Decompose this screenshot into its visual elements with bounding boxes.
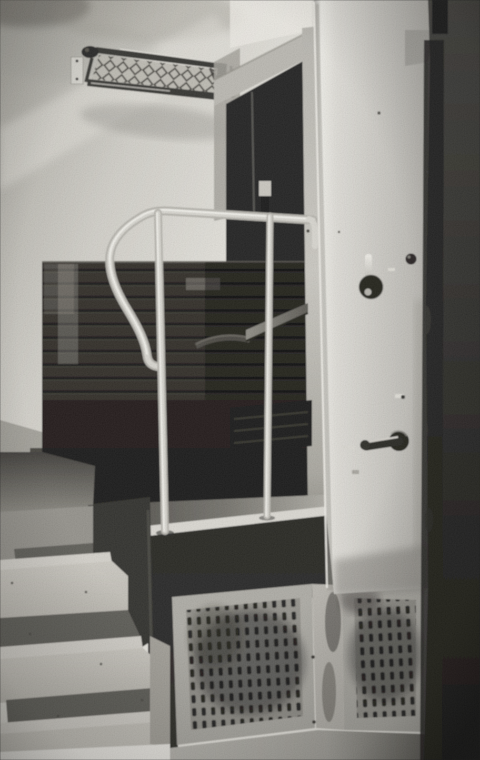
vignette-overlay [0, 0, 480, 760]
photo-frame [0, 0, 480, 760]
photo-canvas [0, 0, 480, 760]
